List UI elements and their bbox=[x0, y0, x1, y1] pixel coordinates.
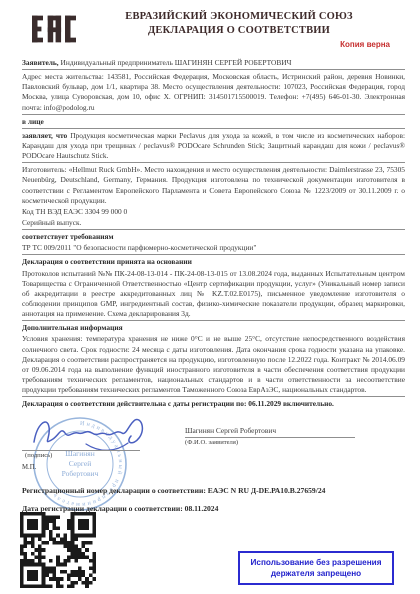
signature-area: Индивидуальный предприниматель Шагинян С… bbox=[22, 412, 405, 488]
handwritten-signature-icon bbox=[28, 408, 158, 456]
stamp-center-line3: Робертович bbox=[62, 469, 99, 478]
stamp-center-line2: Сергей bbox=[69, 459, 92, 468]
signer-name-block: Шагинян Сергей Робертович (Ф.И.О. заявит… bbox=[185, 426, 355, 446]
in-person-label: в лице bbox=[22, 117, 405, 129]
qr-code bbox=[20, 512, 96, 593]
eac-logo-icon bbox=[32, 10, 78, 51]
signer-name-caption: (Ф.И.О. заявителя) bbox=[185, 438, 355, 446]
applicant-line: Заявитель, Индивидуальный предпринимател… bbox=[22, 58, 405, 70]
additional-info-label: Дополнительная информация bbox=[22, 323, 405, 333]
signature-underline bbox=[22, 450, 140, 451]
signature-caption: (подпись) bbox=[25, 452, 52, 459]
document-titles: ЕВРАЗИЙСКИЙ ЭКОНОМИЧЕСКИЙ СОЮЗ ДЕКЛАРАЦИ… bbox=[78, 10, 406, 38]
conforms-label: соответствует требованиям bbox=[22, 232, 405, 242]
release-type-line: Серийный выпуск. bbox=[22, 218, 405, 230]
registration-number-line: Регистрационный номер декларации о соотв… bbox=[22, 486, 405, 495]
product-description: Продукция косметическая марки Peclavus д… bbox=[22, 131, 405, 160]
copy-verified-note: Копия верна bbox=[340, 40, 390, 49]
additional-info-paragraph: Условия хранения: температура хранения н… bbox=[22, 334, 405, 397]
basis-label: Декларация о соответствии принята на осн… bbox=[22, 257, 405, 267]
declaration-document: ЕВРАЗИЙСКИЙ ЭКОНОМИЧЕСКИЙ СОЮЗ ДЕКЛАРАЦИ… bbox=[0, 0, 420, 594]
restriction-notice: Использование без разрешения держателя з… bbox=[238, 551, 394, 585]
product-paragraph: заявляет, что Продукция косметическая ма… bbox=[22, 131, 405, 163]
manufacturer-paragraph: Изготовитель: «Hellmut Ruck GmbH». Место… bbox=[22, 165, 405, 206]
declares-label: заявляет, что bbox=[22, 131, 67, 140]
signer-name: Шагинян Сергей Робертович bbox=[185, 426, 355, 438]
basis-paragraph: Протоколов испытаний №№ ПК-24-08-13-014 … bbox=[22, 269, 405, 322]
regulation-line: ТР ТС 009/2011 "О безопасности парфюмерн… bbox=[22, 243, 405, 255]
document-body: Заявитель, Индивидуальный предпринимател… bbox=[22, 58, 405, 488]
tnved-code-line: Код ТН ВЭД ЕАЭС 3304 99 000 0 bbox=[22, 207, 405, 217]
applicant-label: Заявитель, bbox=[22, 58, 59, 67]
doc-title: ДЕКЛАРАЦИЯ О СООТВЕТСТВИИ bbox=[78, 24, 400, 38]
union-title: ЕВРАЗИЙСКИЙ ЭКОНОМИЧЕСКИЙ СОЮЗ bbox=[78, 10, 400, 24]
stamp-place-note: М.П. bbox=[22, 464, 36, 471]
applicant-name: Индивидуальный предприниматель ШАГИНЯН С… bbox=[61, 58, 292, 67]
applicant-address: Адрес места жительства: 143581, Российск… bbox=[22, 72, 405, 115]
